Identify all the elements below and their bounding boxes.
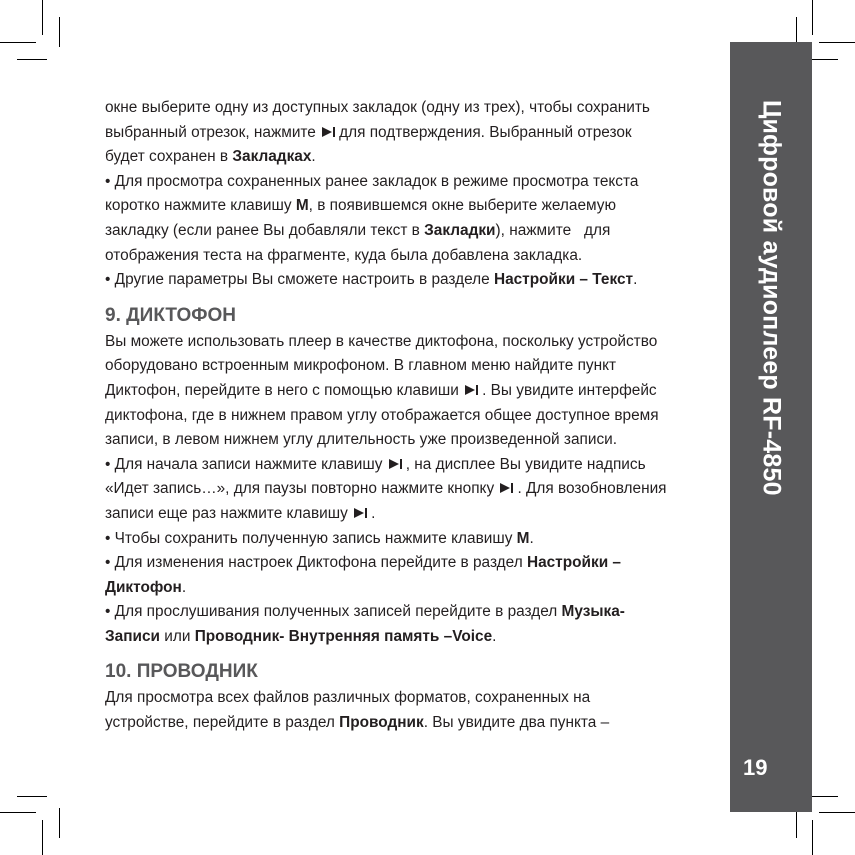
crop-mark bbox=[812, 0, 813, 35]
paragraph-line: Записи или Проводник- Внутренняя память … bbox=[105, 625, 715, 650]
section-heading: 9. ДИКТОФОН bbox=[105, 304, 715, 328]
paragraph-line: закладку (если ранее Вы добавляли текст … bbox=[105, 219, 715, 244]
crop-mark bbox=[819, 812, 855, 813]
text: коротко нажмите клавишу bbox=[105, 197, 296, 214]
paragraph-line: Диктофон, перейдите в него с помощью кла… bbox=[105, 379, 715, 404]
text: . bbox=[633, 271, 637, 288]
text: ), нажмите для bbox=[496, 222, 611, 239]
text: , на дисплее Вы увидите надпись bbox=[406, 456, 646, 473]
bullet-line: • Другие параметры Вы сможете настроить … bbox=[105, 268, 715, 293]
play-pause-icon bbox=[500, 483, 515, 493]
paragraph-line: будет сохранен в Закладках. bbox=[105, 145, 715, 170]
paragraph-line: записи еще раз нажмите клавишу . bbox=[105, 502, 715, 527]
bullet-line: • Для начала записи нажмите клавишу , на… bbox=[105, 453, 715, 478]
text: устройстве, перейдите в раздел bbox=[105, 714, 339, 731]
paragraph-line: выбранный отрезок, нажмите для подтвержд… bbox=[105, 121, 715, 146]
text: . bbox=[492, 628, 496, 645]
crop-mark bbox=[808, 59, 838, 60]
play-pause-icon bbox=[354, 508, 369, 518]
text: • Для просмотра сохраненных ранее заклад… bbox=[105, 173, 638, 190]
page-content: окне выберите одну из доступных закладок… bbox=[105, 96, 715, 736]
crop-mark bbox=[42, 820, 43, 855]
crop-mark bbox=[0, 42, 36, 43]
paragraph-line: отображения теста на фрагменте, куда был… bbox=[105, 244, 715, 269]
text: или bbox=[160, 628, 195, 645]
text: диктофона, где в нижнем правом углу отоб… bbox=[105, 407, 659, 424]
bold-term: M bbox=[296, 197, 309, 214]
paragraph-line: Диктофон. bbox=[105, 576, 715, 601]
section-heading: 10. ПРОВОДНИК bbox=[105, 660, 715, 684]
explorer-section: 10. ПРОВОДНИК Для просмотра всех файлов … bbox=[105, 660, 715, 735]
bold-term: Диктофон bbox=[105, 579, 182, 596]
text: отображения теста на фрагменте, куда был… bbox=[105, 247, 582, 264]
text: . Для возобновления bbox=[517, 480, 666, 497]
text: . Вы увидите два пункта – bbox=[424, 714, 609, 731]
paragraph-line: коротко нажмите клавишу M, в появившемся… bbox=[105, 194, 715, 219]
bold-term: Закладки bbox=[424, 222, 495, 239]
paragraph-line: оборудовано встроенным микрофоном. В гла… bbox=[105, 354, 715, 379]
spacer bbox=[105, 293, 715, 304]
bold-term: Настройки – bbox=[527, 554, 621, 571]
text: будет сохранен в bbox=[105, 148, 232, 165]
crop-mark bbox=[0, 812, 36, 813]
text: оборудовано встроенным микрофоном. В гла… bbox=[105, 357, 616, 374]
bold-term: Настройки – Текст bbox=[494, 271, 633, 288]
crop-mark bbox=[59, 17, 60, 47]
bold-term: Записи bbox=[105, 628, 160, 645]
bold-term: Проводник bbox=[339, 714, 424, 731]
play-pause-icon bbox=[322, 127, 337, 137]
recorder-section: 9. ДИКТОФОН Вы можете использовать плеер… bbox=[105, 304, 715, 650]
text: Диктофон, перейдите в него с помощью кла… bbox=[105, 382, 463, 399]
crop-mark bbox=[59, 808, 60, 838]
play-pause-icon bbox=[465, 385, 480, 395]
bullet-line: • Чтобы сохранить полученную запись нажм… bbox=[105, 527, 715, 552]
crop-mark bbox=[17, 796, 47, 797]
paragraph-line: диктофона, где в нижнем правом углу отоб… bbox=[105, 404, 715, 429]
bold-term: Музыка- bbox=[562, 603, 625, 620]
text: . Вы увидите интерфейс bbox=[482, 382, 657, 399]
crop-mark bbox=[796, 808, 797, 838]
paragraph-line: записи, в левом нижнем углу длительность… bbox=[105, 428, 715, 453]
text: . bbox=[371, 505, 375, 522]
text: . bbox=[311, 148, 315, 165]
crop-mark bbox=[808, 796, 838, 797]
sidebar-title: Цифровой аудиоплеер RF-4850 bbox=[757, 100, 786, 496]
text: окне выберите одну из доступных закладок… bbox=[105, 99, 650, 116]
text: «Идет запись…», для паузы повторно нажми… bbox=[105, 480, 498, 497]
text: выбранный отрезок, нажмите bbox=[105, 124, 316, 141]
crop-mark bbox=[17, 59, 47, 60]
text: . bbox=[530, 530, 534, 547]
text: записи, в левом нижнем углу длительность… bbox=[105, 431, 617, 448]
bullet-line: • Для прослушивания полученных записей п… bbox=[105, 600, 715, 625]
text: , в появившемся окне выберите желаемую bbox=[309, 197, 616, 214]
bullet-line: • Для просмотра сохраненных ранее заклад… bbox=[105, 170, 715, 195]
text: Вы можете использовать плеер в качестве … bbox=[105, 333, 657, 350]
bold-term: Закладках bbox=[232, 148, 311, 165]
text: • Чтобы сохранить полученную запись нажм… bbox=[105, 530, 517, 547]
text: . bbox=[182, 579, 186, 596]
crop-mark bbox=[812, 820, 813, 855]
text: записи еще раз нажмите клавишу bbox=[105, 505, 352, 522]
paragraph-line: устройстве, перейдите в раздел Проводник… bbox=[105, 711, 715, 736]
text: • Для прослушивания полученных записей п… bbox=[105, 603, 562, 620]
bookmarks-section: окне выберите одну из доступных закладок… bbox=[105, 96, 715, 293]
text: Для просмотра всех файлов различных форм… bbox=[105, 689, 590, 706]
paragraph-line: «Идет запись…», для паузы повторно нажми… bbox=[105, 477, 715, 502]
text: • Для начала записи нажмите клавишу bbox=[105, 456, 387, 473]
paragraph-line: Вы можете использовать плеер в качестве … bbox=[105, 330, 715, 355]
bold-term: Проводник- Внутренняя память –Voice bbox=[195, 628, 492, 645]
page-number: 19 bbox=[743, 755, 767, 781]
text: для подтверждения. Выбранный отрезок bbox=[339, 124, 632, 141]
bullet-line: • Для изменения настроек Диктофона перей… bbox=[105, 551, 715, 576]
crop-mark bbox=[42, 0, 43, 35]
text: закладку (если ранее Вы добавляли текст … bbox=[105, 222, 424, 239]
text: • Для изменения настроек Диктофона перей… bbox=[105, 554, 527, 571]
crop-mark bbox=[819, 42, 855, 43]
paragraph-line: Для просмотра всех файлов различных форм… bbox=[105, 686, 715, 711]
paragraph-line: окне выберите одну из доступных закладок… bbox=[105, 96, 715, 121]
bold-term: M bbox=[517, 530, 530, 547]
sidebar-band: Цифровой аудиоплеер RF-4850 19 bbox=[730, 42, 812, 812]
spacer bbox=[105, 649, 715, 660]
text: • Другие параметры Вы сможете настроить … bbox=[105, 271, 494, 288]
play-pause-icon bbox=[389, 459, 404, 469]
